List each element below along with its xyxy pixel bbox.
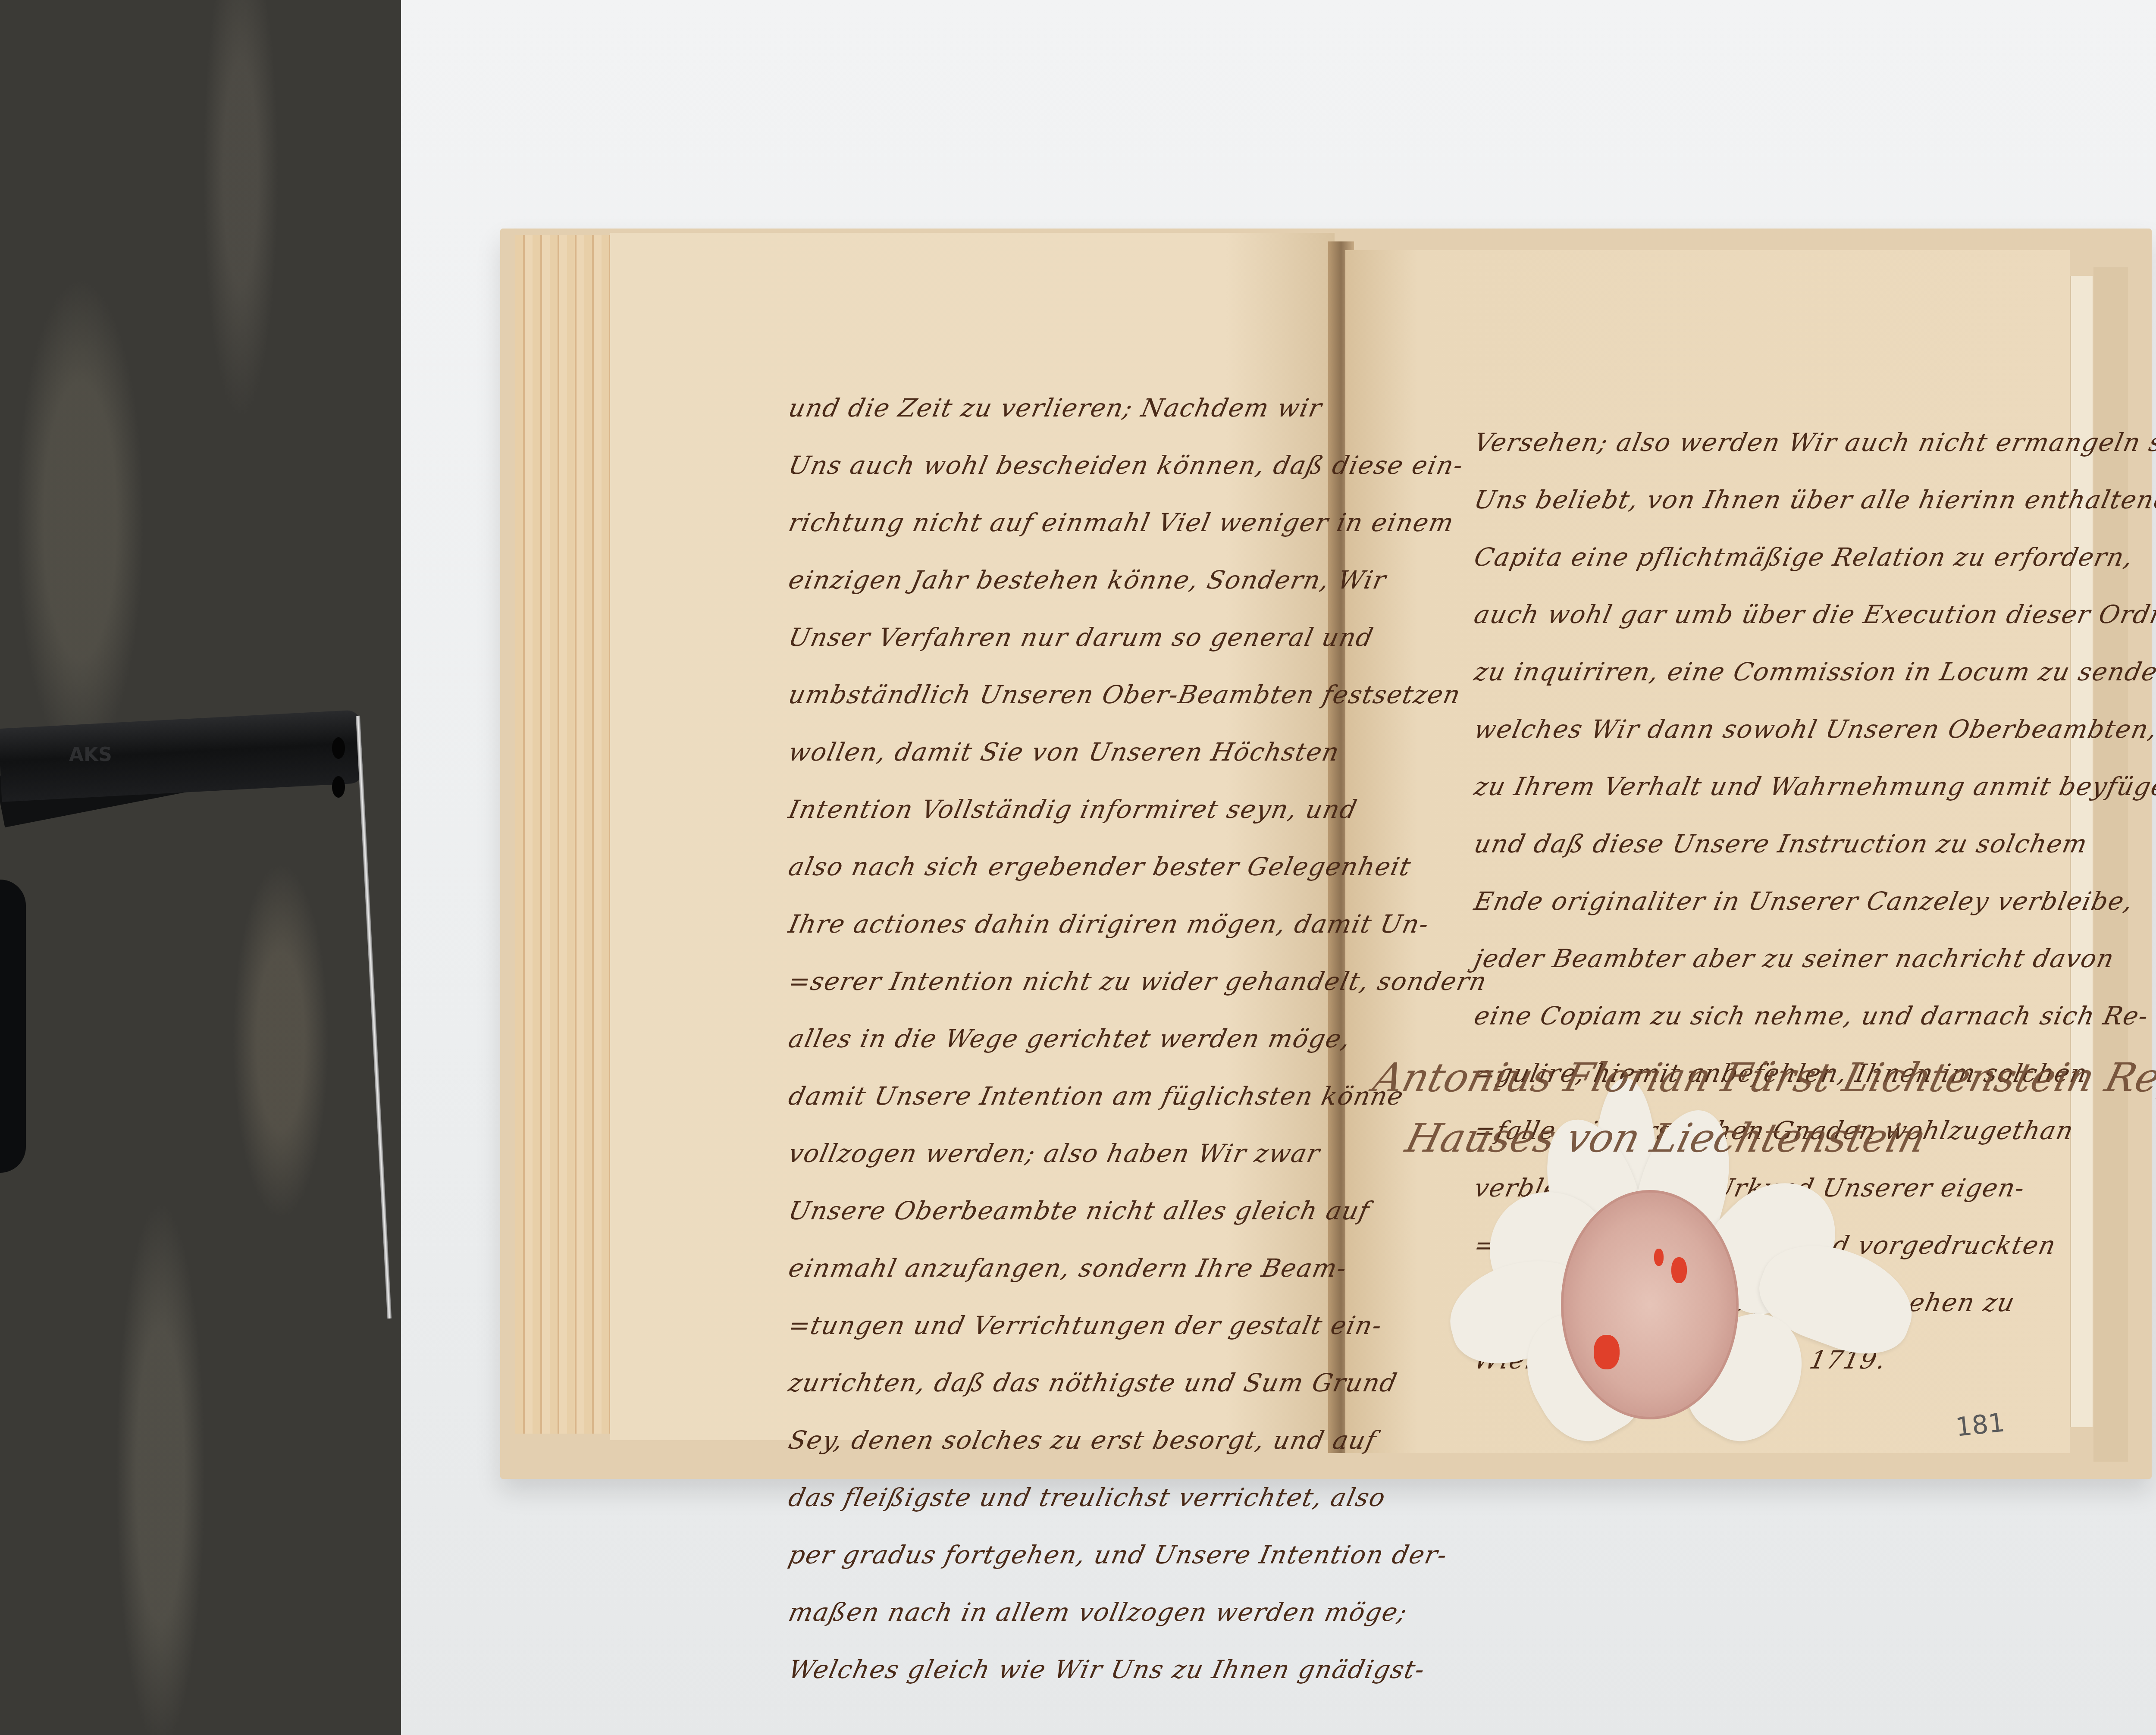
manuscript-line: eine Copiam zu sich nehme, und darnach s… [1469,987,2156,1045]
book-weight [0,880,26,1173]
manuscript-line: Ihre actiones dahin dirigiren mögen, dam… [783,896,1493,953]
manuscript-line: einmahl anzufangen, sondern Ihre Beam- [783,1240,1493,1297]
manuscript-line: also nach sich ergebender bester Gelegen… [783,838,1493,896]
manuscript-line: jeder Beambter aber zu seiner nachricht … [1469,930,2156,987]
manuscript-line: =tungen und Verrichtungen der gestalt ei… [783,1297,1493,1354]
manuscript-line: Unsere Oberbeambte nicht alles gleich au… [783,1182,1493,1240]
wax-seal [1561,1190,1739,1419]
manuscript-line: richtung nicht auf einmahl Viel weniger … [783,494,1493,551]
manuscript-line: welches Wir dann sowohl Unseren Oberbeam… [1469,701,2156,758]
wax-fragment [1594,1335,1620,1369]
wax-fragment [1654,1249,1664,1266]
manuscript-line: Intention Vollständig informiret seyn, u… [783,781,1493,838]
wax-fragment [1671,1257,1687,1283]
signature-block: Antonius Florian Fürst Lichtenstein Regi… [1352,1048,2156,1168]
clamp-brand-label: AKS [69,744,112,766]
manuscript-line: Capita eine pflichtmäßige Relation zu er… [1469,529,2156,586]
manuscript-line: wollen, damit Sie von Unseren Höchsten [783,723,1493,781]
manuscript-line: und daß diese Unsere Instruction zu solc… [1469,815,2156,873]
left-page-text: und die Zeit zu verlieren; Nachdem wir U… [789,379,1487,1698]
manuscript-line: Versehen; also werden Wir auch nicht erm… [1469,414,2156,471]
manuscript-line: das fleißigste und treulichst verrichtet… [783,1469,1493,1526]
manuscript-line: =serer Intention nicht zu wider gehandel… [783,953,1493,1010]
manuscript-line: Uns auch wohl bescheiden können, daß die… [783,437,1493,494]
manuscript-line: Ende originaliter in Unserer Canzeley ve… [1469,873,2156,930]
manuscript-line: auch wohl gar umb über die Execution die… [1469,586,2156,643]
manuscript-line: maßen nach in allem vollzogen werden mög… [783,1584,1493,1641]
manuscript-line: umbständlich Unseren Ober-Beambten fests… [783,666,1493,723]
manuscript-line: einzigen Jahr bestehen könne, Sondern, W… [783,551,1493,609]
manuscript-line: Welches gleich wie Wir Uns zu Ihnen gnäd… [783,1641,1493,1698]
signature-line: Antonius Florian Fürst Lichtenstein Regi… [1367,1048,2156,1108]
manuscript-line: zurichten, daß das nöthigste und Sum Gru… [783,1354,1493,1412]
signature-line: Hauses von Liechtenstein [1352,1108,2156,1168]
clamp-bolt-icon [332,737,345,759]
clamp-bolt-icon [332,776,345,798]
manuscript-line: zu inquiriren, eine Commission in Locum … [1469,643,2156,701]
manuscript-line: Uns beliebt, von Ihnen über alle hierinn… [1469,471,2156,529]
manuscript-line: Sey, denen solches zu erst besorgt, und … [783,1412,1493,1469]
manuscript-line: per gradus fortgehen, und Unsere Intenti… [783,1526,1493,1584]
dark-table-surface [0,0,401,1735]
manuscript-line: Unser Verfahren nur darum so general und [783,609,1493,666]
manuscript-line: zu Ihrem Verhalt und Wahrnehmung anmit b… [1469,758,2156,815]
manuscript-line: und die Zeit zu verlieren; Nachdem wir [783,379,1493,437]
folio-number: 181 [1954,1407,2006,1443]
